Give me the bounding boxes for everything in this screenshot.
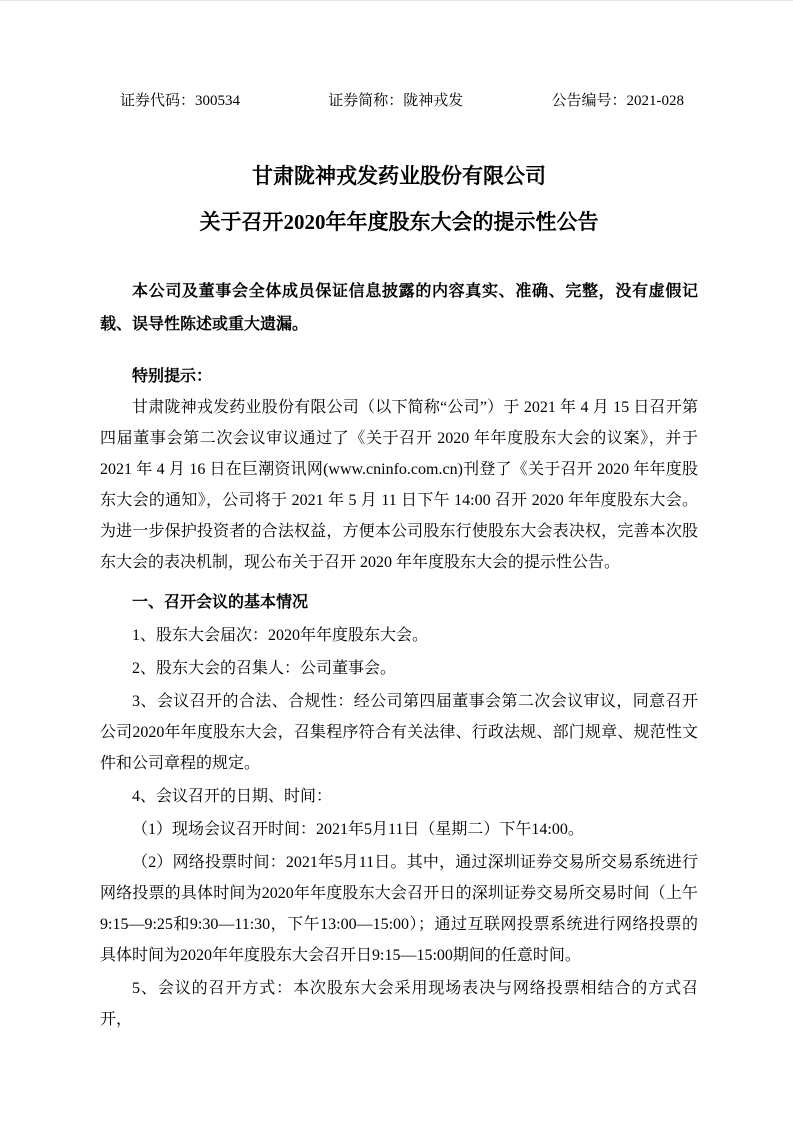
list-item-meeting-method: 5、会议的召开方式：本次股东大会采用现场表决与网络投票相结合的方式召开， (100, 973, 698, 1035)
announcement-title: 关于召开2020年年度股东大会的提示性公告 (100, 207, 698, 237)
stock-name-label: 证券简称：陇神戎发 (328, 91, 463, 111)
document-content: 证券代码：300534 证券简称：陇神戎发 公告编号：2021-028 甘肃陇神… (100, 91, 698, 1035)
stock-code-label: 证券代码：300534 (120, 91, 240, 111)
list-subitem-online-voting-time: （2）网络投票时间：2021年5月11日。其中，通过深圳证券交易所交易系统进行网… (100, 847, 698, 971)
section-heading-basic-info: 一、召开会议的基本情况 (100, 587, 698, 618)
announcement-number-label: 公告编号：2021-028 (552, 91, 685, 111)
list-item-convener: 2、股东大会的召集人：公司董事会。 (100, 653, 698, 684)
list-item-legality: 3、会议召开的合法、合规性：经公司第四届董事会第二次会议审议，同意召开公司202… (100, 686, 698, 779)
special-notice-paragraph: 甘肃陇神戎发药业股份有限公司（以下简称“公司”）于 2021 年 4 月 15 … (100, 392, 698, 578)
list-item-date-time: 4、会议召开的日期、时间： (100, 781, 698, 812)
announcement-document-page: 证券代码：300534 证券简称：陇神戎发 公告编号：2021-028 甘肃陇神… (0, 0, 793, 1122)
list-item-meeting-session: 1、股东大会届次：2020年年度股东大会。 (100, 620, 698, 651)
special-notice-label: 特别提示： (100, 361, 698, 392)
truthfulness-declaration: 本公司及董事会全体成员保证信息披露的内容真实、准确、完整，没有虚假记载、误导性陈… (100, 275, 698, 341)
list-subitem-onsite-meeting-time: （1）现场会议召开时间：2021年5月11日（星期二）下午14:00。 (100, 814, 698, 845)
company-name-title: 甘肃陇神戎发药业股份有限公司 (100, 161, 698, 191)
doc-header: 证券代码：300534 证券简称：陇神戎发 公告编号：2021-028 (100, 91, 698, 111)
